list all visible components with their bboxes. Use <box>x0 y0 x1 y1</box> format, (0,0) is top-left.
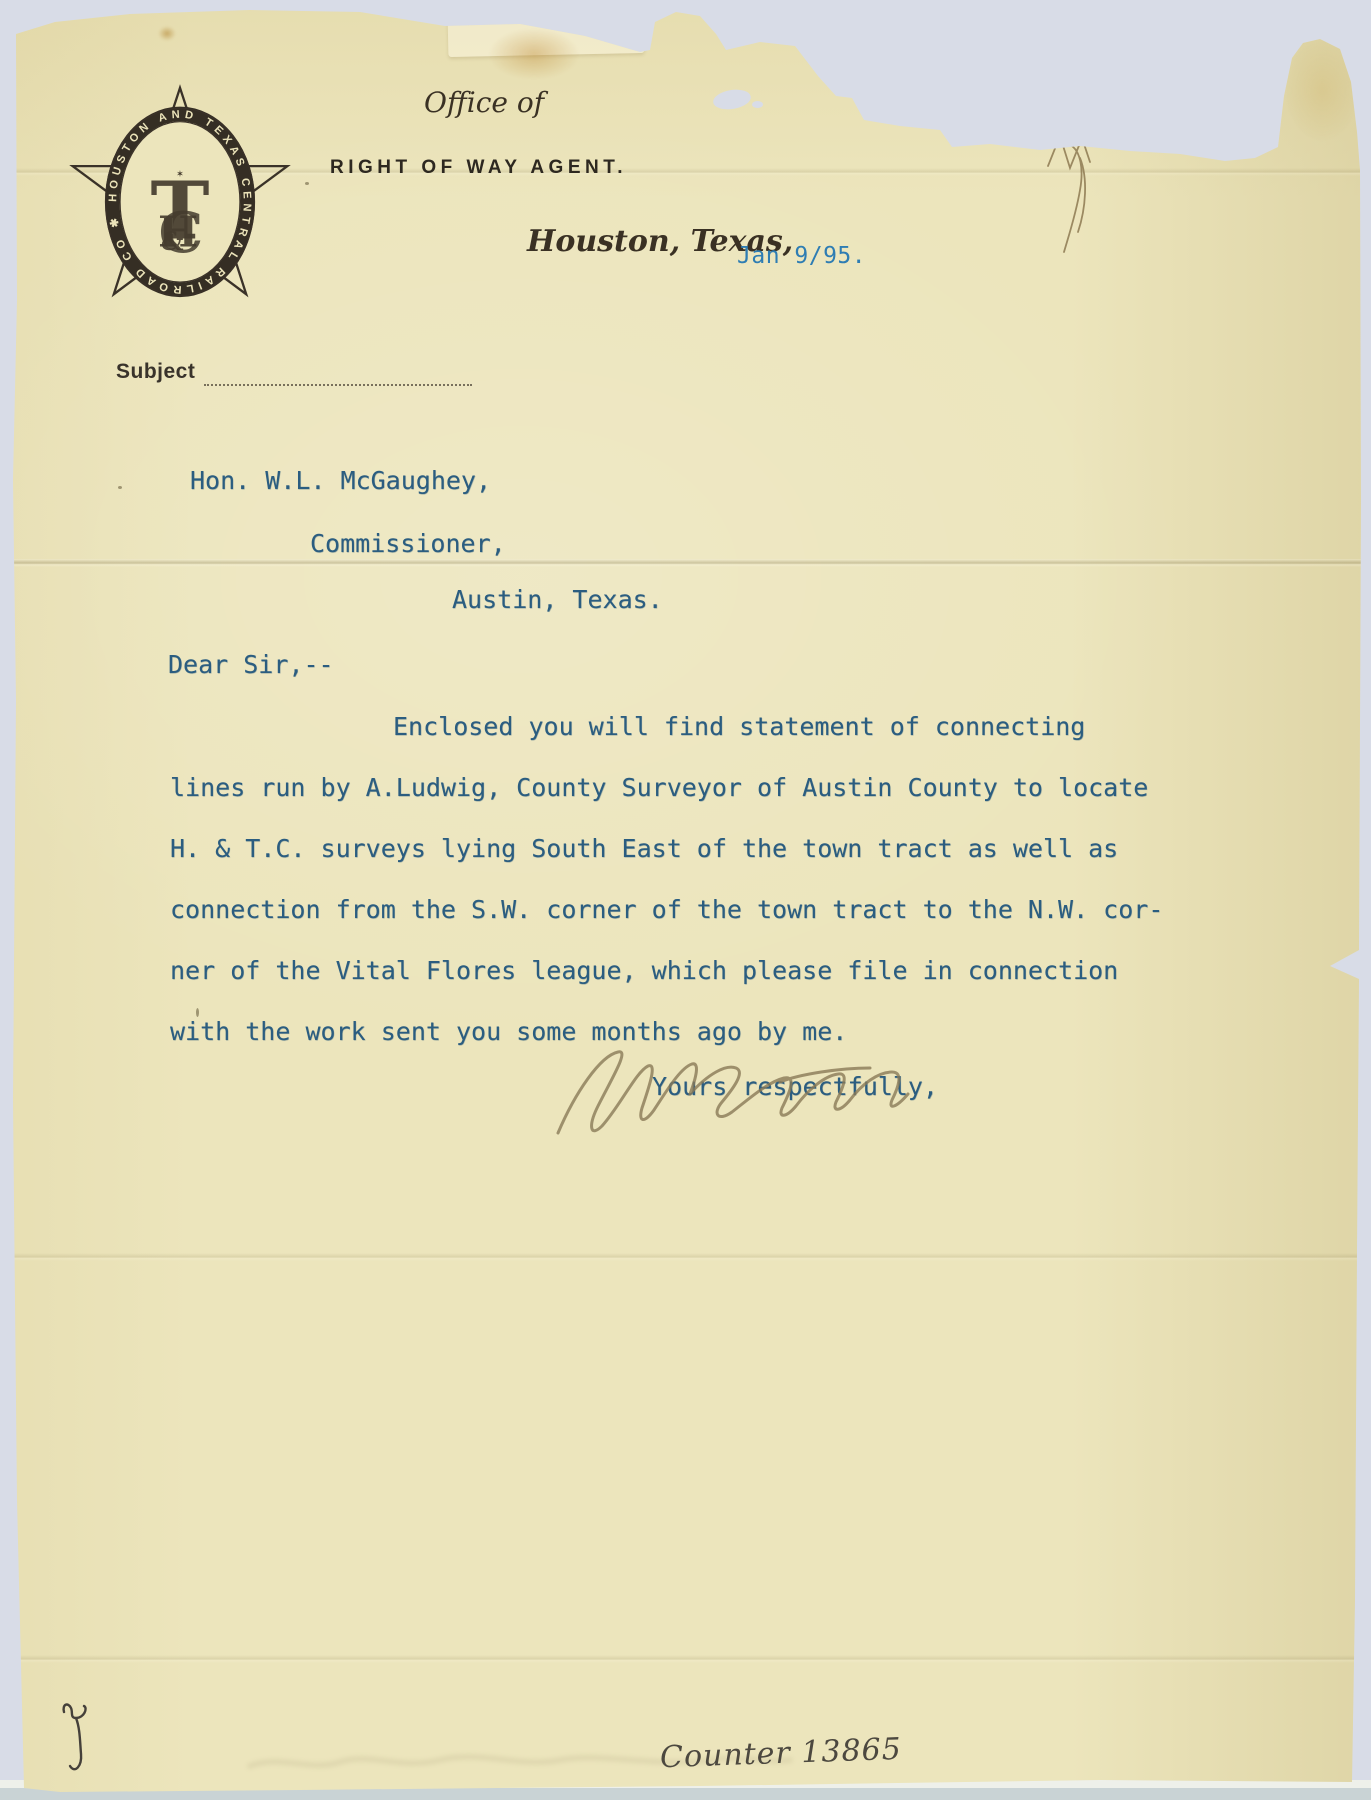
office-of-label: Office of <box>424 86 544 119</box>
stain <box>1078 38 1122 64</box>
fold-crease <box>0 559 1365 567</box>
torn-paper-flap <box>448 11 645 57</box>
railroad-seal-logo-icon: HOUSTON AND TEXAS CENTRAL RAILROAD CO ✱ … <box>64 58 296 340</box>
body-line: ner of the Vital Flores league, which pl… <box>170 956 1118 985</box>
subject-row: Subject <box>116 360 195 384</box>
body-line: Enclosed you will find statement of conn… <box>393 712 1085 741</box>
subject-blank-line <box>204 384 472 386</box>
paper-hole <box>752 101 763 108</box>
counter-note: Counter 13865 <box>659 1732 902 1775</box>
speck <box>118 486 122 489</box>
agent-title: RIGHT OF WAY AGENT. <box>330 157 627 179</box>
recipient-city-line: Austin, Texas. <box>452 585 663 614</box>
date-value: Jan 9/95. <box>737 243 866 269</box>
pencil-scribble-icon <box>1020 128 1140 258</box>
body-line: lines run by A.Ludwig, County Surveyor o… <box>170 773 1148 802</box>
body-line: connection from the S.W. corner of the t… <box>170 895 1163 924</box>
speck <box>305 182 309 185</box>
paper-hole <box>712 87 753 112</box>
recipient-line: Hon. W.L. McGaughey, <box>190 466 491 495</box>
check-mark-icon <box>58 1694 108 1779</box>
monogram-letter-t: T <box>151 165 210 258</box>
speck <box>196 1008 199 1017</box>
stain <box>1286 42 1358 140</box>
stain <box>158 26 176 41</box>
subject-label: Subject <box>116 360 195 383</box>
salutation-line: Dear Sir,-- <box>168 650 334 679</box>
body-line: H. & T.C. surveys lying South East of th… <box>170 834 1118 863</box>
signature-script-icon <box>540 1038 930 1158</box>
scanned-letter-page: HOUSTON AND TEXAS CENTRAL RAILROAD CO ✱ … <box>0 0 1371 1800</box>
fold-crease <box>0 1655 1365 1663</box>
recipient-title-line: Commissioner, <box>310 529 506 558</box>
letter-paper: HOUSTON AND TEXAS CENTRAL RAILROAD CO ✱ … <box>0 0 1371 1800</box>
fold-crease <box>0 1253 1365 1261</box>
